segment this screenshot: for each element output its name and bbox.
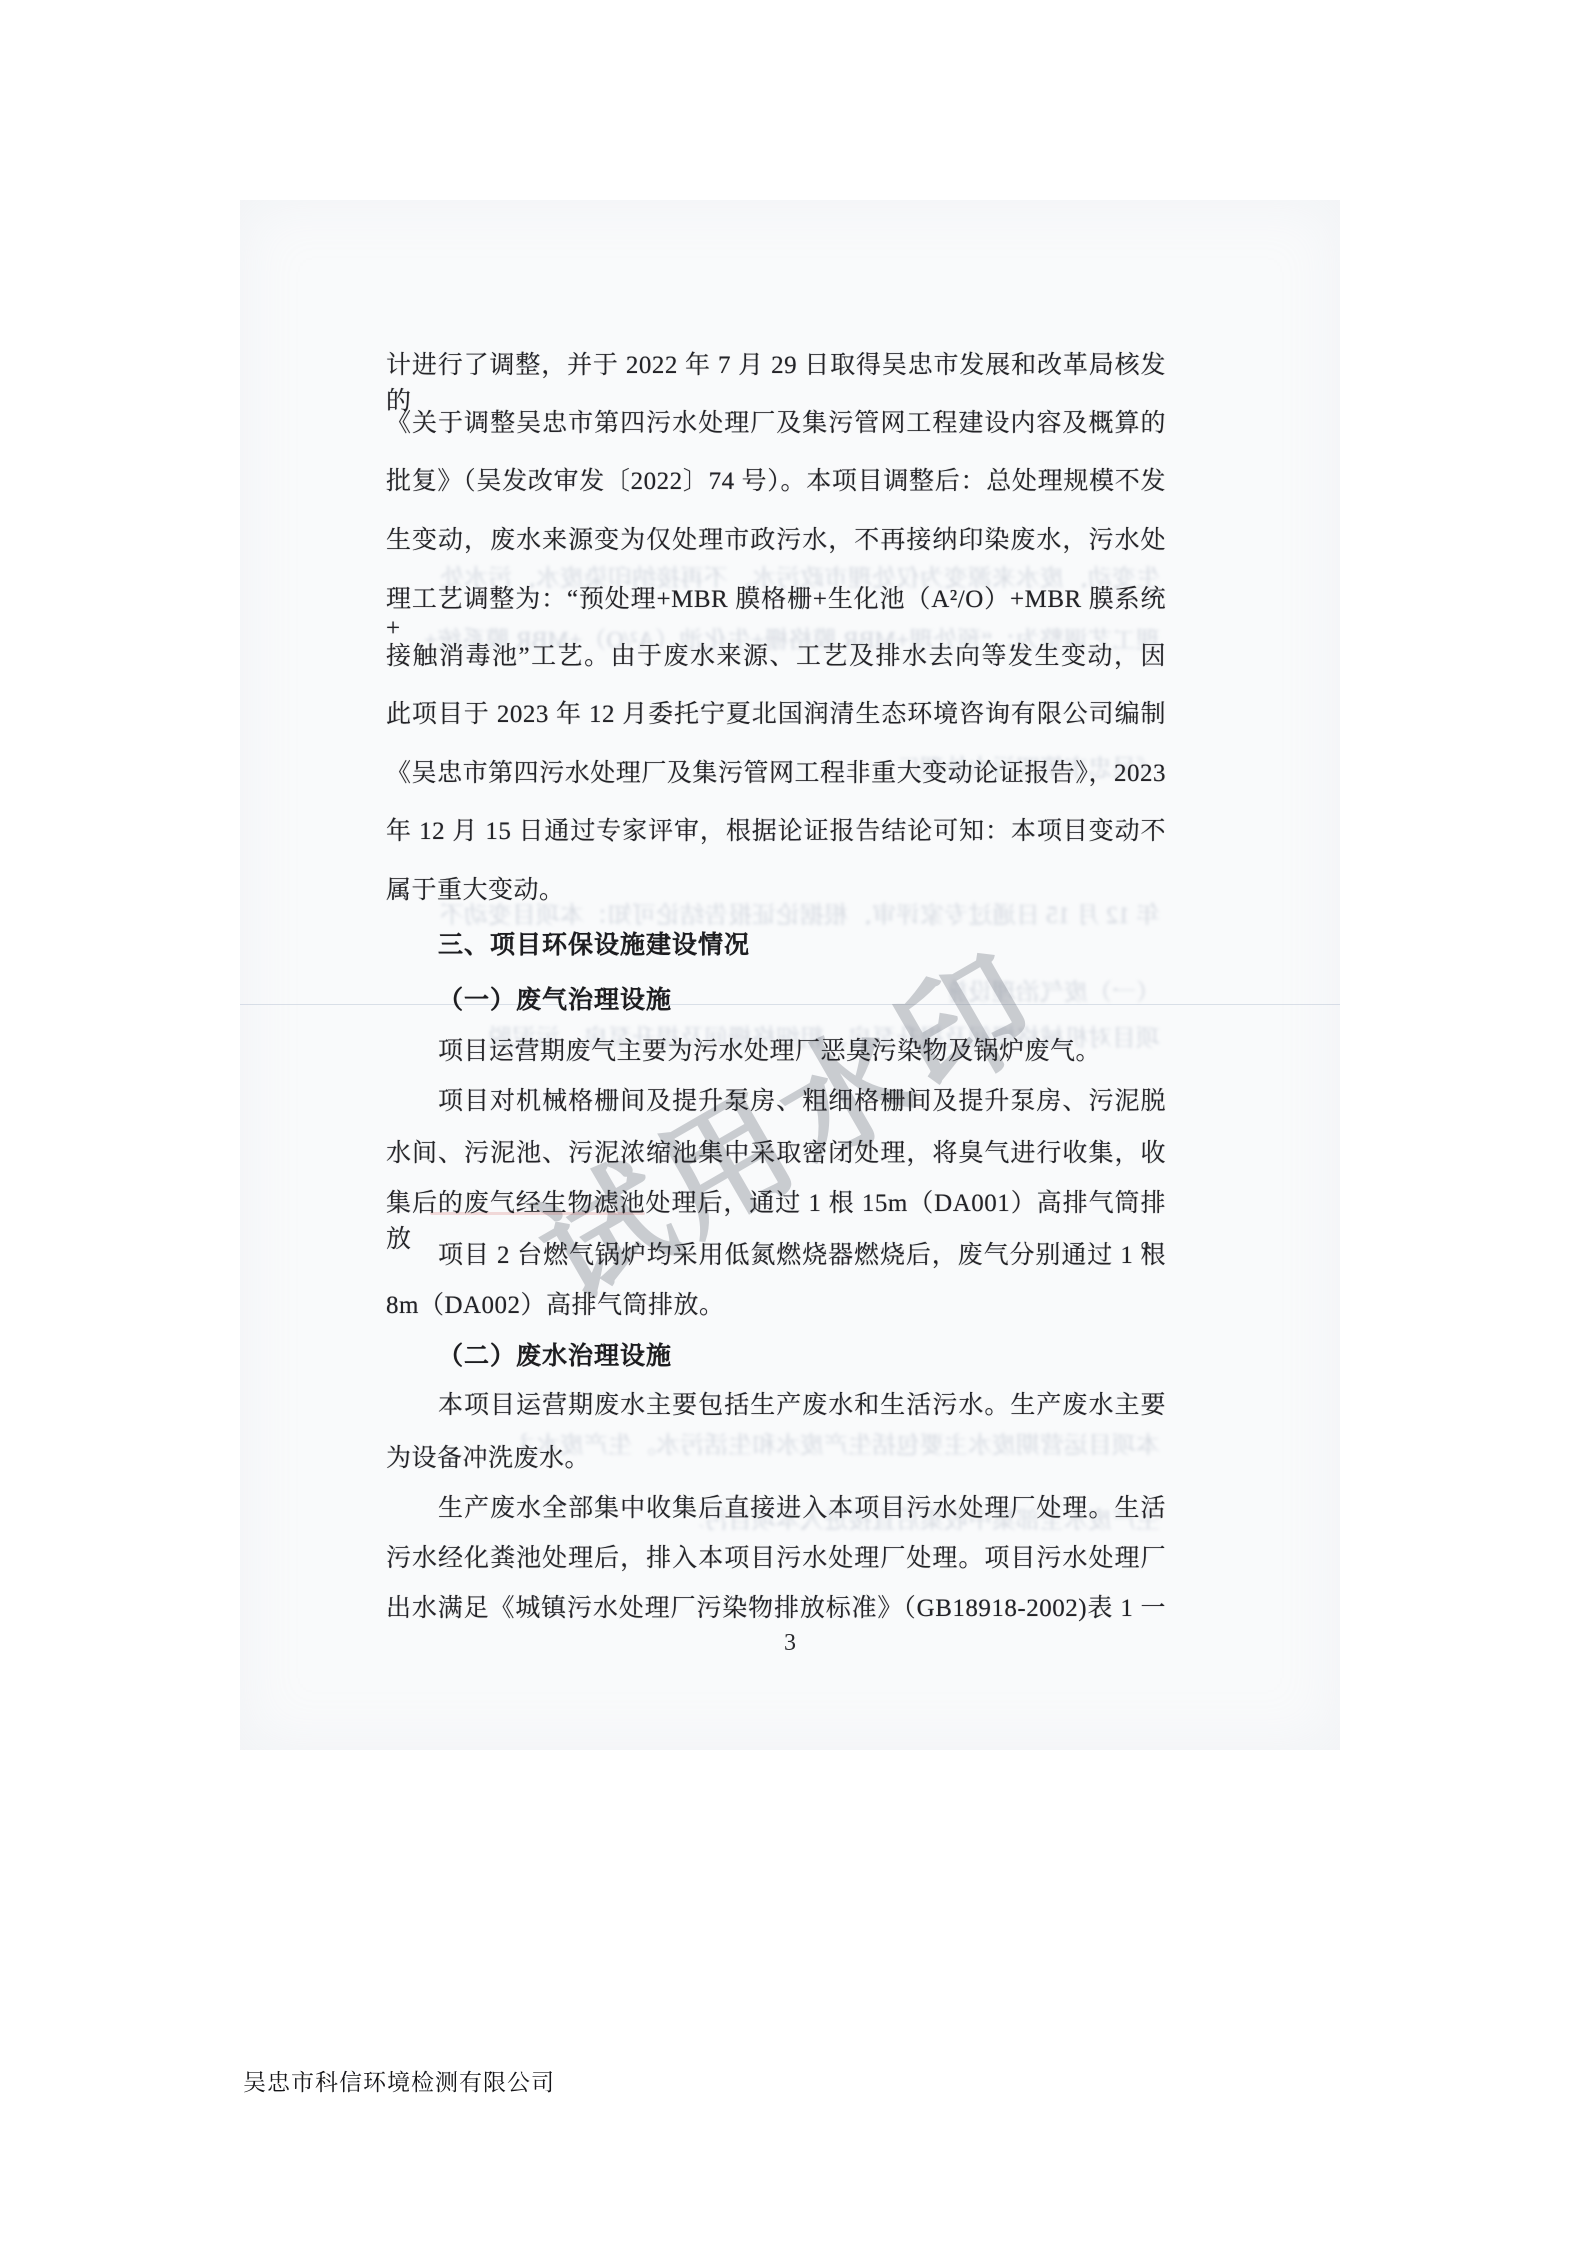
text-line: 项目对机械格栅间及提升泵房、粗细格栅间及提升泵房、污泥脱: [438, 1081, 1166, 1117]
text-line: 项目运营期废气主要为污水处理厂恶臭污染物及锅炉废气。: [438, 1031, 1101, 1067]
text-line: 批复》（吴发改审发〔2022〕74 号）。本项目调整后：总处理规模不发: [386, 461, 1166, 497]
text-line: 属于重大变动。: [386, 870, 565, 906]
subsection-heading: （二）废水治理设施: [438, 1336, 672, 1372]
text-line: 项目 2 台燃气锅炉均采用低氮燃烧器燃烧后，废气分别通过 1 根: [438, 1235, 1166, 1271]
text-line: 年 12 月 15 日通过专家评审，根据论证报告结论可知：本项目变动不: [386, 811, 1166, 847]
footer-company-name: 吴忠市科信环境检测有限公司: [243, 2064, 555, 2097]
text-line: 污水经化粪池处理后，排入本项目污水处理厂处理。项目污水处理厂: [386, 1538, 1166, 1574]
scanned-document-page: 生变动，废水来源变为仅处理市政污水，不再接纳印染废水，污水处 理工艺调整为：“预…: [0, 0, 1587, 2245]
page-number: 3: [240, 1630, 1340, 1657]
text-line: 生产废水全部集中收集后直接进入本项目污水处理厂处理。生活: [438, 1488, 1166, 1524]
section-heading: 三、项目环保设施建设情况: [438, 925, 750, 961]
text-line: 水间、污泥池、污泥浓缩池集中采取密闭处理，将臭气进行收集，收: [386, 1133, 1166, 1169]
text-line: 《关于调整吴忠市第四污水处理厂及集污管网工程建设内容及概算的: [386, 403, 1166, 439]
text-line: 理工艺调整为：“预处理+MBR 膜格栅+生化池（A²/O）+MBR 膜系统+: [386, 579, 1166, 643]
text-line: 接触消毒池”工艺。由于废水来源、工艺及排水去向等发生变动，因: [386, 636, 1166, 672]
text-line: 为设备冲洗废水。: [386, 1438, 590, 1474]
subsection-heading: （一）废气治理设施: [438, 980, 672, 1016]
text-line: 生变动，废水来源变为仅处理市政污水，不再接纳印染废水，污水处: [386, 520, 1166, 556]
text-line: 出水满足《城镇污水处理厂污染物排放标准》（GB18918-2002)表 1 一: [386, 1588, 1166, 1624]
text-line: 本项目运营期废水主要包括生产废水和生活污水。生产废水主要: [438, 1385, 1166, 1421]
text-line: 《吴忠市第四污水处理厂及集污管网工程非重大变动论证报告》，2023: [386, 753, 1166, 789]
scan-fold-line: [240, 1004, 1340, 1005]
text-line: 此项目于 2023 年 12 月委托宁夏北国润清生态环境咨询有限公司编制: [386, 694, 1166, 730]
text-line: 8m（DA002）高排气筒排放。: [386, 1285, 725, 1321]
